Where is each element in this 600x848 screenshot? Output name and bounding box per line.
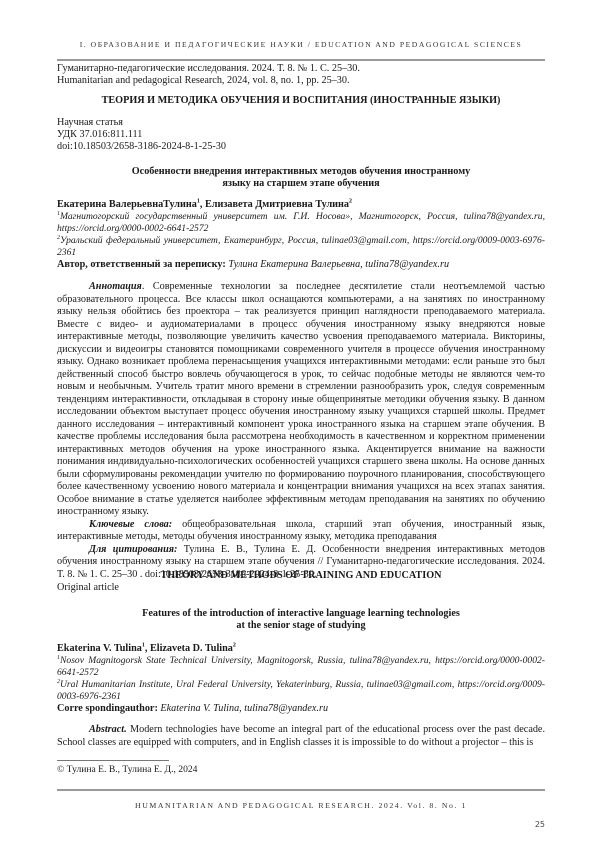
affiliation-2-en: 2Ural Humanitarian Institute, Ural Feder… [57, 679, 545, 703]
corresponding-author-ru: Автор, ответственный за переписку: Тулин… [57, 259, 449, 271]
abstract-label-en: Abstract. [89, 724, 127, 735]
cite-label-ru: Для цитирования: [89, 544, 177, 555]
section-title-ru: ТЕОРИЯ И МЕТОДИКА ОБУЧЕНИЯ И ВОСПИТАНИЯ … [57, 95, 545, 107]
authors-ru: Екатерина ВалерьевнаТулина1, Елизавета Д… [57, 199, 352, 211]
author-1-ru: Екатерина ВалерьевнаТулина [57, 199, 197, 210]
affiliation-2-en-text: Ural Humanitarian Institute, Ural Federa… [57, 679, 545, 702]
running-footer: HUMANITARIAN AND PEDAGOGICAL RESEARCH. 2… [57, 801, 545, 810]
author-2-en: Elizaveta D. Tulina [150, 643, 233, 654]
abstract-en: Abstract. Modern technologies have becom… [57, 724, 545, 749]
abstract-ru: Аннотация. Современные технологии за пос… [57, 281, 545, 581]
article-title-en-line1: Features of the introduction of interact… [57, 608, 545, 620]
keywords-label-ru: Ключевые слова: [89, 519, 172, 530]
citation-line-en: Humanitarian and pedagogical Research, 2… [57, 75, 350, 87]
footer-rule [57, 789, 545, 791]
abstract-text-en: Modern technologies have become an integ… [57, 724, 545, 748]
corresponding-label-ru: Автор, ответственный за переписку: [57, 259, 226, 270]
article-type-en: Original article [57, 582, 119, 594]
affiliation-1-ru: 1Магнитогорский государственный универси… [57, 211, 545, 235]
article-type-ru: Научная статья [57, 117, 123, 129]
section-title-en: THEORY AND METHODS OF TRAINING AND EDUCA… [57, 570, 545, 582]
doi: doi:10.18503/2658-3186-2024-8-1-25-30 [57, 141, 226, 153]
author-2-en-sup: 2 [233, 643, 236, 649]
affiliation-1-en: 1Nosov Magnitogorsk State Technical Univ… [57, 655, 545, 679]
header-rule [57, 59, 545, 61]
corresponding-value-en: Ekaterina V. Tulina, tulina78@yandex.ru [160, 703, 328, 714]
abstract-label-ru: Аннотация [89, 281, 142, 292]
udk: УДК 37.016:811.111 [57, 129, 142, 141]
abstract-text-ru: . Современные технологии за последнее де… [57, 281, 545, 517]
footnote-copyright: © Тулина Е. В., Тулина Е. Д., 2024 [57, 764, 197, 776]
author-2-ru: Елизавета Дмитриевна Тулина [205, 199, 349, 210]
page-number: 25 [535, 820, 545, 829]
citation-line-ru: Гуманитарно-педагогические исследования.… [57, 63, 360, 75]
footnote-rule [57, 760, 169, 761]
corresponding-value-ru: Тулина Екатерина Валерьевна, tulina78@ya… [228, 259, 449, 270]
author-2-ru-sup: 2 [349, 199, 352, 205]
affiliation-2-ru-text: Уральский федеральный университет, Екате… [57, 235, 545, 258]
article-title-en-line2: at the senior stage of studying [57, 620, 545, 632]
article-title-ru-line2: языку на старшем этапе обучения [57, 178, 545, 190]
article-title-ru-line1: Особенности внедрения интерактивных мето… [57, 166, 545, 178]
affiliation-1-ru-text: Магнитогорский государственный университ… [57, 211, 545, 234]
affiliation-2-ru: 2Уральский федеральный университет, Екат… [57, 235, 545, 259]
corresponding-author-en: Corre spondingauthor: Ekaterina V. Tulin… [57, 703, 328, 715]
authors-en: Ekaterina V. Tulina1, Elizaveta D. Tulin… [57, 643, 236, 655]
affiliation-1-en-text: Nosov Magnitogorsk State Technical Unive… [57, 655, 545, 678]
author-1-en: Ekaterina V. Tulina [57, 643, 142, 654]
running-header: I. ОБРАЗОВАНИЕ И ПЕДАГОГИЧЕСКИЕ НАУКИ / … [57, 40, 545, 49]
corresponding-label-en: Corre spondingauthor: [57, 703, 158, 714]
